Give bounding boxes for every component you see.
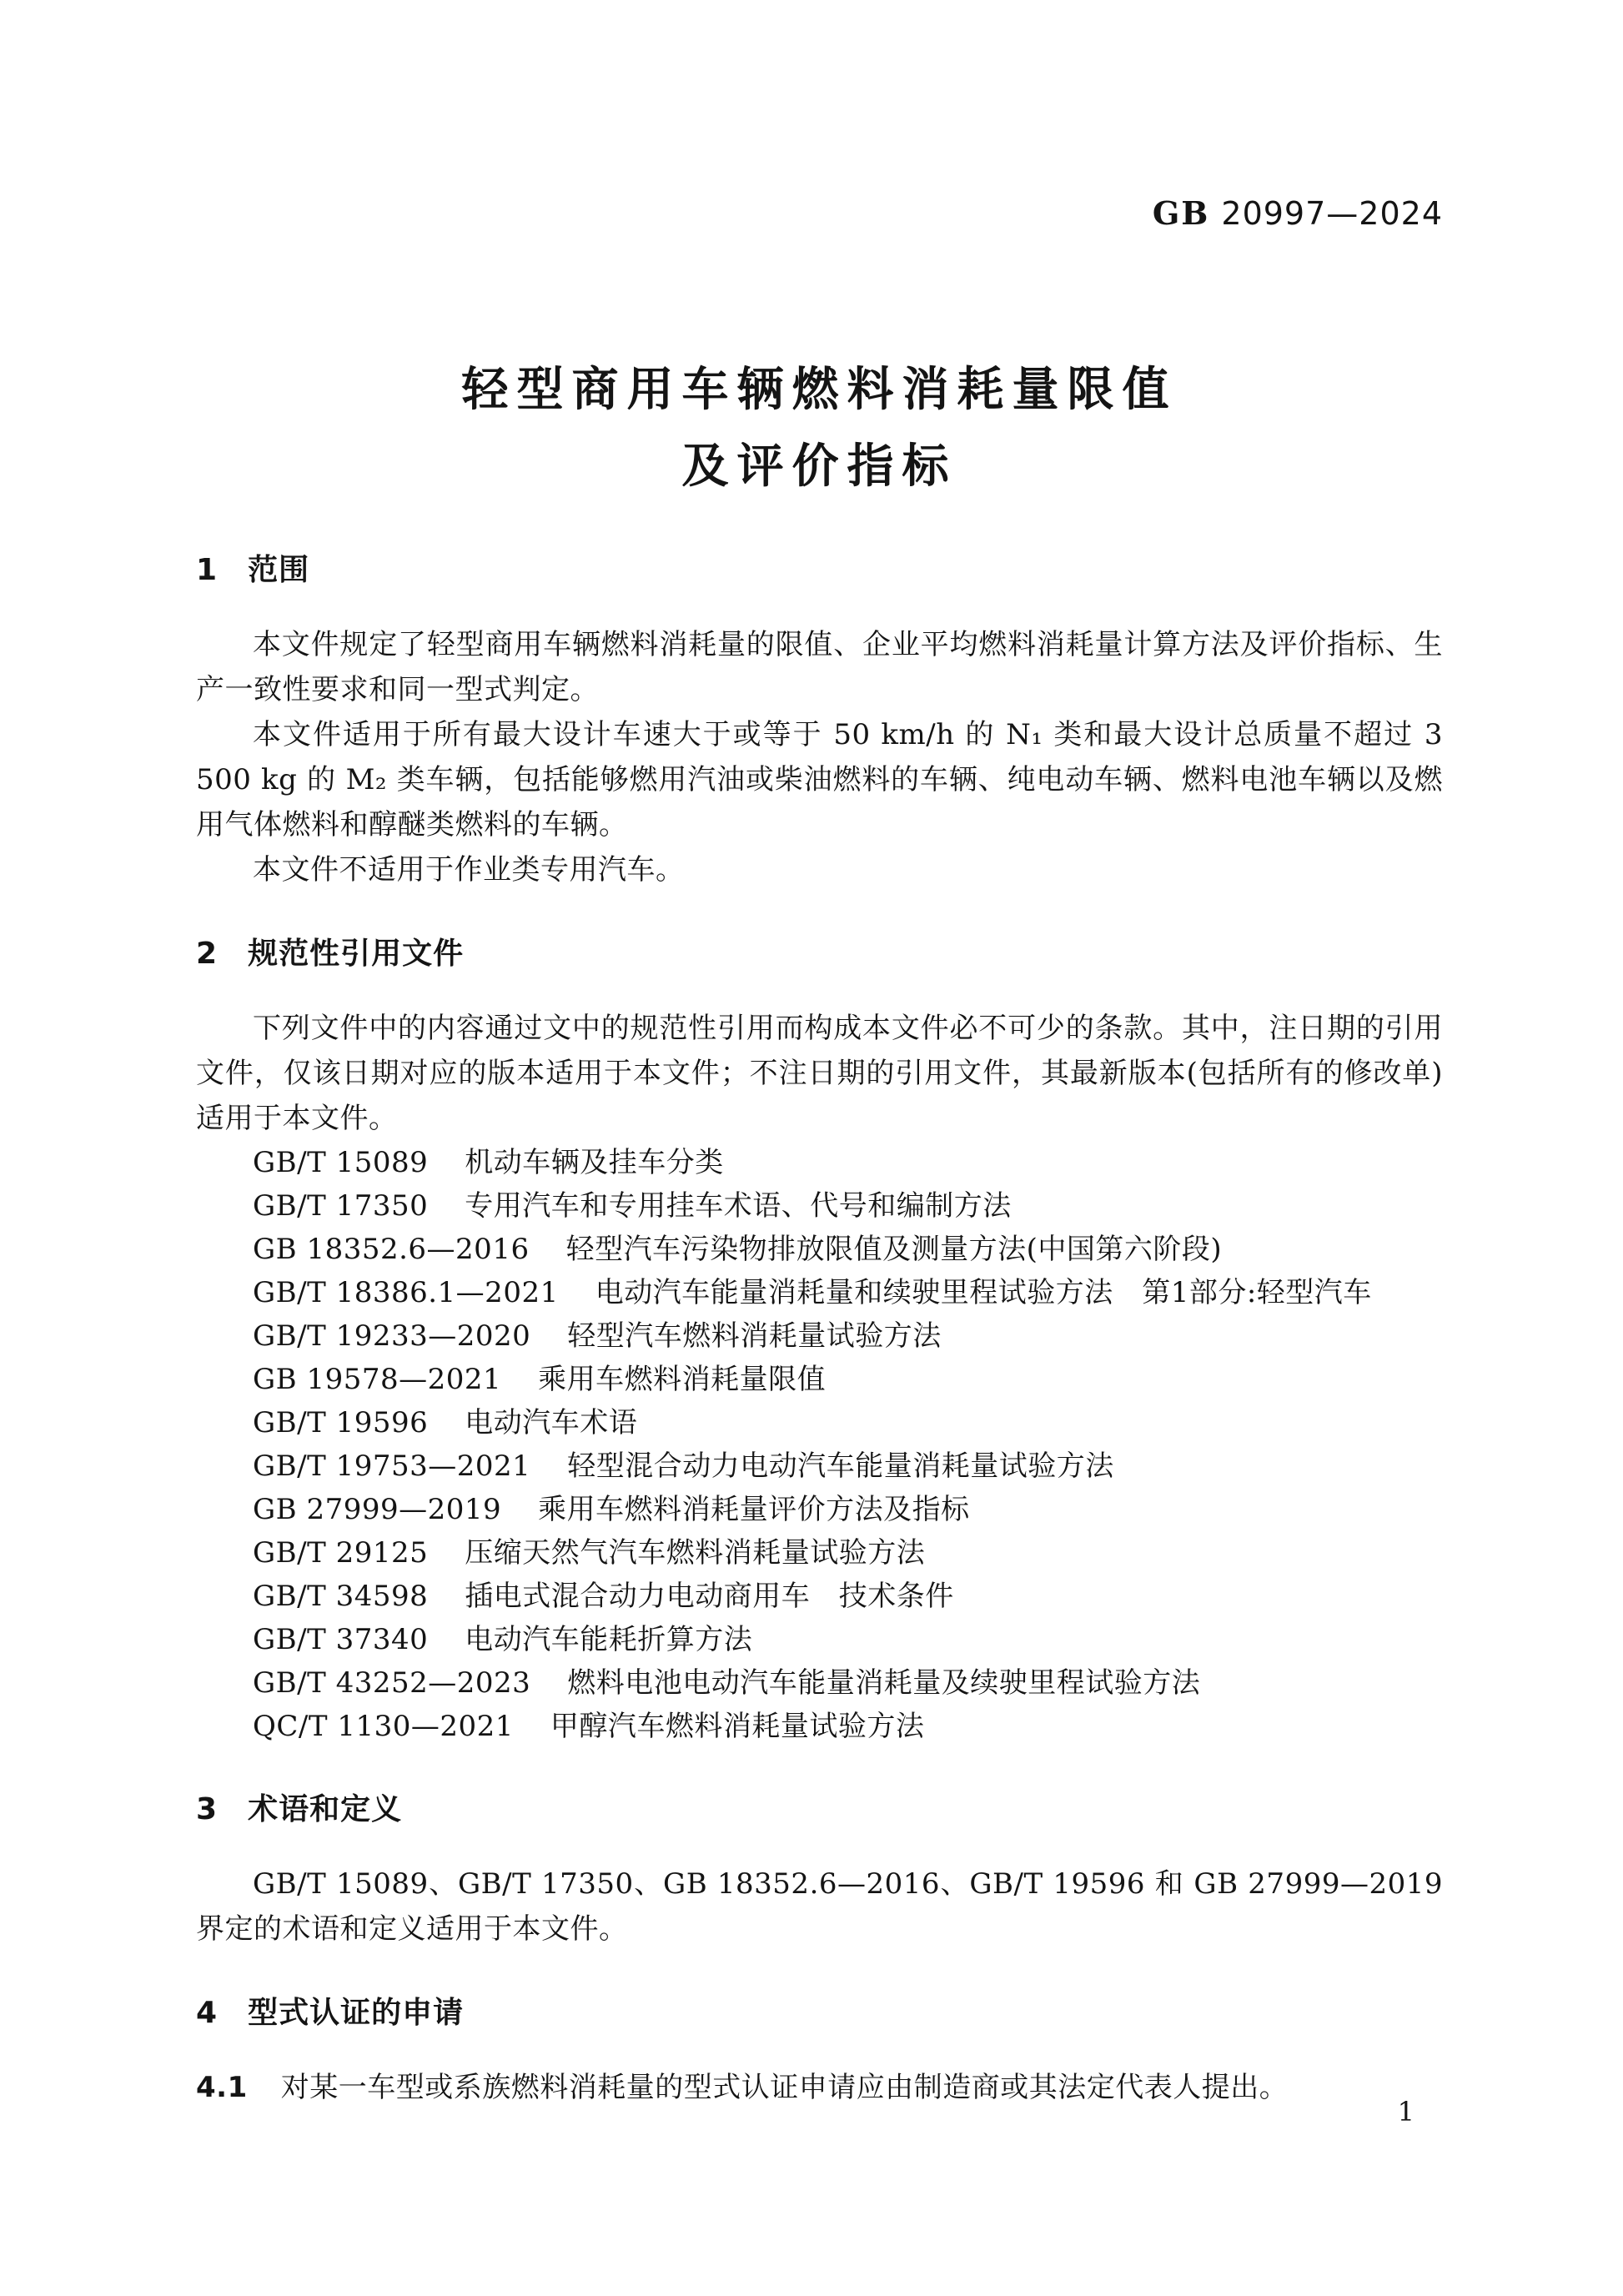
section-number: 2 [196,936,218,972]
reference-code: GB 18352.6—2016 [253,1233,530,1266]
scope-paragraph: 本文件规定了轻型商用车辆燃料消耗量的限值、企业平均燃料消耗量计算方法及评价指标、… [196,622,1443,712]
reference-item: GB 18352.6—2016轻型汽车污染物排放限值及测量方法(中国第六阶段) [196,1228,1443,1271]
reference-code: GB/T 19233—2020 [253,1319,530,1353]
reference-title: 乘用车燃料消耗量评价方法及指标 [538,1493,970,1526]
reference-item: GB/T 19596电动汽车术语 [196,1401,1443,1444]
clause-4-1: 4.1对某一车型或系族燃料消耗量的型式认证申请应由制造商或其法定代表人提出。 [196,2065,1443,2110]
section-title: 规范性引用文件 [248,937,464,971]
reference-title: 电动汽车术语 [465,1406,637,1439]
reference-code: GB/T 18386.1—2021 [253,1276,559,1309]
reference-item: GB/T 19233—2020轻型汽车燃料消耗量试验方法 [196,1314,1443,1358]
section-heading-normative-references: 2规范性引用文件 [196,936,1443,972]
terms-paragraph: GB/T 15089、GB/T 17350、GB 18352.6—2016、GB… [196,1861,1443,1952]
reference-code: QC/T 1130—2021 [253,1710,514,1743]
section-number: 1 [196,552,218,589]
reference-item: GB/T 37340电动汽车能耗折算方法 [196,1618,1443,1661]
scope-paragraph: 本文件不适用于作业类专用汽车。 [196,847,1443,892]
reference-item: GB/T 18386.1—2021电动汽车能量消耗量和续驶里程试验方法 第1部分… [196,1271,1443,1314]
reference-item: GB/T 29125压缩天然气汽车燃料消耗量试验方法 [196,1531,1443,1575]
reference-title: 轻型混合动力电动汽车能量消耗量试验方法 [567,1449,1114,1483]
section-number: 3 [196,1791,218,1828]
document-title-line1: 轻型商用车辆燃料消耗量限值 [196,352,1443,429]
reference-item: GB/T 19753—2021轻型混合动力电动汽车能量消耗量试验方法 [196,1444,1443,1488]
reference-item: GB 19578—2021乘用车燃料消耗量限值 [196,1358,1443,1401]
reference-code: GB 19578—2021 [253,1363,501,1396]
reference-title: 轻型汽车污染物排放限值及测量方法(中国第六阶段) [566,1233,1223,1266]
reference-item: GB/T 43252—2023燃料电池电动汽车能量消耗量及续驶里程试验方法 [196,1661,1443,1705]
reference-title: 燃料电池电动汽车能量消耗量及续驶里程试验方法 [567,1666,1200,1700]
reference-list: GB/T 15089机动车辆及挂车分类 GB/T 17350专用汽车和专用挂车术… [196,1141,1443,1748]
reference-title: 专用汽车和专用挂车术语、代号和编制方法 [465,1189,1012,1223]
page-number: 1 [1398,2097,1414,2127]
reference-title: 甲醇汽车燃料消耗量试验方法 [550,1710,925,1743]
reference-code: GB/T 37340 [253,1623,428,1656]
reference-code: GB/T 43252—2023 [253,1666,530,1700]
document-page: GB20997—2024 轻型商用车辆燃料消耗量限值 及评价指标 1范围 本文件… [0,0,1623,2296]
section-number: 4 [196,1995,218,2032]
reference-code: GB/T 34598 [253,1580,428,1613]
standard-code-prefix: GB [1153,194,1210,232]
reference-title: 插电式混合动力电动商用车 技术条件 [465,1580,954,1613]
reference-code: GB/T 15089 [253,1146,428,1179]
document-title: 轻型商用车辆燃料消耗量限值 及评价指标 [196,352,1443,505]
reference-title: 电动汽车能耗折算方法 [465,1623,752,1656]
standard-code-number: 20997—2024 [1221,195,1443,232]
reference-title: 乘用车燃料消耗量限值 [538,1363,826,1396]
reference-code: GB 27999—2019 [253,1493,501,1526]
reference-code: GB/T 29125 [253,1536,428,1570]
clause-text: 对某一车型或系族燃料消耗量的型式认证申请应由制造商或其法定代表人提出。 [281,2071,1289,2104]
normative-references-intro: 下列文件中的内容通过文中的规范性引用而构成本文件必不可少的条款。其中，注日期的引… [196,1006,1443,1141]
scope-paragraph: 本文件适用于所有最大设计车速大于或等于 50 km/h 的 N₁ 类和最大设计总… [196,712,1443,847]
document-title-line2: 及评价指标 [196,429,1443,505]
section-heading-terms: 3术语和定义 [196,1791,1443,1828]
reference-title: 轻型汽车燃料消耗量试验方法 [567,1319,942,1353]
section-heading-scope: 1范围 [196,552,1443,589]
standard-code: GB20997—2024 [196,197,1443,230]
reference-title: 机动车辆及挂车分类 [465,1146,724,1179]
reference-item: GB/T 15089机动车辆及挂车分类 [196,1141,1443,1184]
reference-item: GB/T 34598插电式混合动力电动商用车 技术条件 [196,1575,1443,1618]
reference-item: GB 27999—2019乘用车燃料消耗量评价方法及指标 [196,1488,1443,1531]
section-title: 型式认证的申请 [248,1996,464,2030]
reference-code: GB/T 17350 [253,1189,428,1223]
reference-title: 压缩天然气汽车燃料消耗量试验方法 [465,1536,925,1570]
section-title: 术语和定义 [248,1792,402,1826]
clause-number: 4.1 [196,2071,248,2104]
reference-item: QC/T 1130—2021甲醇汽车燃料消耗量试验方法 [196,1705,1443,1748]
reference-code: GB/T 19596 [253,1406,428,1439]
reference-item: GB/T 17350专用汽车和专用挂车术语、代号和编制方法 [196,1184,1443,1228]
reference-title: 电动汽车能量消耗量和续驶里程试验方法 第1部分:轻型汽车 [595,1276,1372,1309]
section-title: 范围 [248,553,309,587]
reference-code: GB/T 19753—2021 [253,1449,530,1483]
section-heading-type-approval: 4型式认证的申请 [196,1995,1443,2032]
